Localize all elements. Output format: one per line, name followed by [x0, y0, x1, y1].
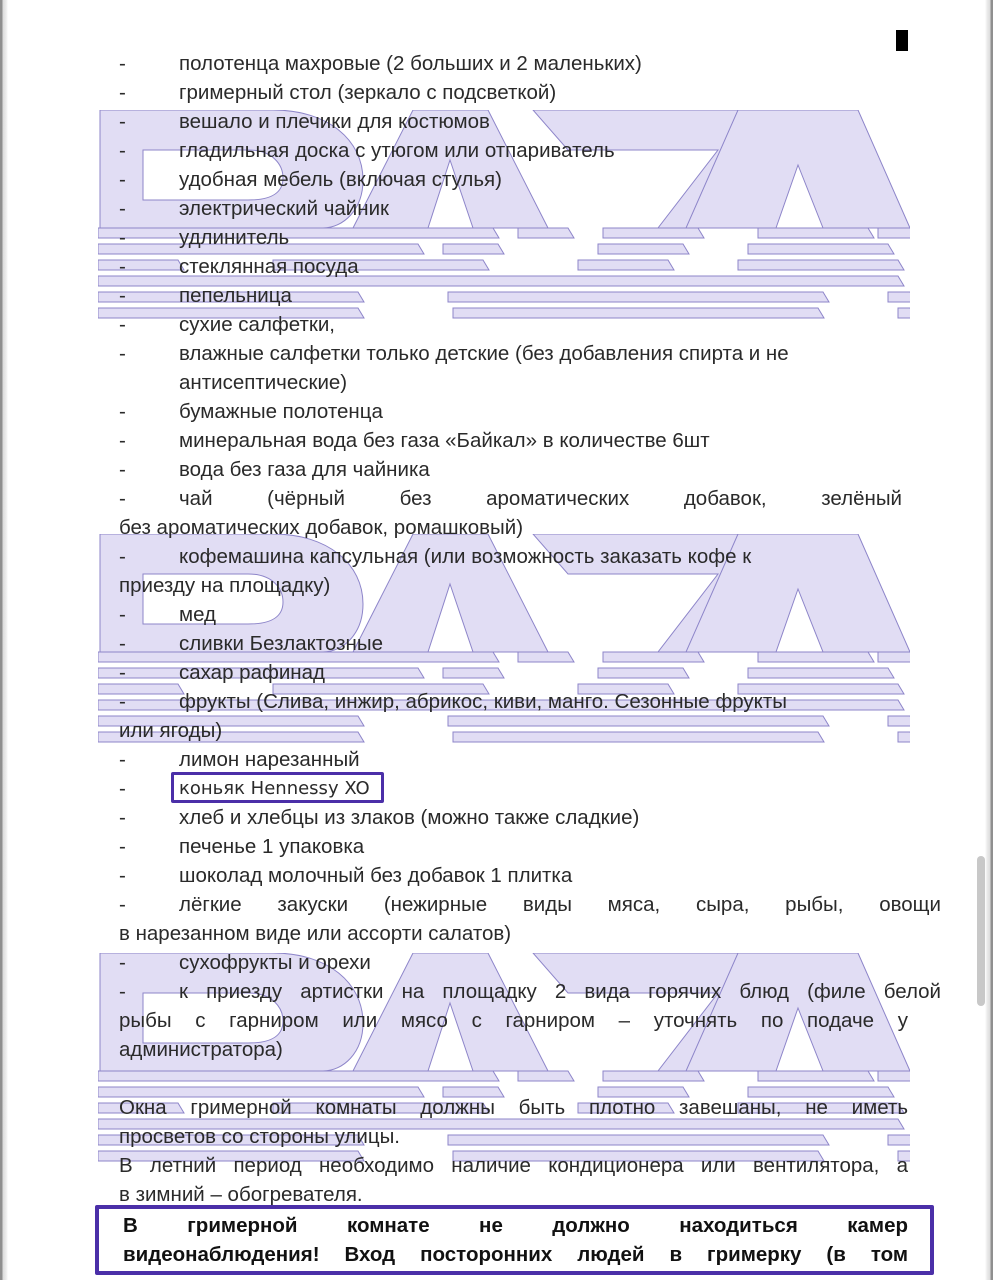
list-bullet: - — [119, 774, 139, 803]
list-item-text: приезду на площадку) — [119, 571, 330, 600]
list-item: -электрический чайник — [119, 194, 908, 223]
notice-line: В гримерной комнате не должно находиться… — [123, 1211, 908, 1240]
list-item: -стеклянная посуда — [119, 252, 908, 281]
list-item-text: лёгкие закуски (нежирные виды мяса, сыра… — [179, 890, 941, 919]
list-item: -печенье 1 упаковка — [119, 832, 908, 861]
list-item-text: электрический чайник — [179, 194, 389, 223]
list-bullet: - — [119, 455, 139, 484]
list-bullet: - — [119, 165, 139, 194]
paragraph-line: просветов со стороны улицы. — [119, 1122, 400, 1151]
list-bullet: - — [119, 78, 139, 107]
list-item-text: антисептические) — [179, 368, 347, 397]
list-item: -хлеб и хлебцы из злаков (можно также сл… — [119, 803, 908, 832]
list-item: -вешало и плечики для костюмов — [119, 107, 908, 136]
list-item-text: гримерный стол (зеркало с подсветкой) — [179, 78, 556, 107]
list-bullet: - — [119, 426, 139, 455]
list-item-continuation: или ягоды) — [119, 716, 908, 745]
list-bullet: - — [119, 542, 139, 571]
list-item: -чай (чёрный без ароматических добавок, … — [119, 484, 908, 513]
paragraph-line: В летний период необходимо наличие конди… — [119, 1151, 908, 1180]
list-bullet: - — [119, 281, 139, 310]
list-item-text: сахар рафинад — [179, 658, 325, 687]
list-item-text: или ягоды) — [119, 716, 222, 745]
list-bullet: - — [119, 339, 139, 368]
list-item-text: к приезду артистки на площадку 2 вида го… — [179, 977, 941, 1006]
list-item-text: лимон нарезанный — [179, 745, 360, 774]
list-item-text: кофемашина капсульная (или возможность з… — [179, 542, 751, 571]
list-bullet: - — [119, 600, 139, 629]
list-item: -удобная мебель (включая стулья) — [119, 165, 908, 194]
list-item-text: сухофрукты и орехи — [179, 948, 371, 977]
list-item: -сахар рафинад — [119, 658, 908, 687]
list-item-text: чай (чёрный без ароматических добавок, з… — [179, 484, 902, 513]
document-page: -полотенца махровые (2 больших и 2 мален… — [0, 0, 993, 1280]
list-item: -к приезду артистки на площадку 2 вида г… — [119, 977, 908, 1006]
list-item-continuation: антисептические) — [119, 368, 908, 397]
list-item: -лимон нарезанный — [119, 745, 908, 774]
list-item: -удлинитель — [119, 223, 908, 252]
list-item: -вода без газа для чайника — [119, 455, 908, 484]
list-item-text: без ароматических добавок, ромашковый) — [119, 513, 523, 542]
list-bullet: - — [119, 977, 139, 1006]
notice-line: видеонаблюдения! Вход посторонних людей … — [123, 1240, 908, 1269]
list-item-text: шоколад молочный без добавок 1 плитка — [179, 861, 572, 890]
list-bullet: - — [119, 223, 139, 252]
list-item-text: бумажные полотенца — [179, 397, 383, 426]
list-item-continuation: рыбы с гарниром или мясо с гарниром – ут… — [119, 1006, 908, 1035]
list-bullet: - — [119, 658, 139, 687]
list-item-text: вода без газа для чайника — [179, 455, 430, 484]
list-item-text: стеклянная посуда — [179, 252, 359, 281]
list-item: -гримерный стол (зеркало с подсветкой) — [119, 78, 908, 107]
list-bullet: - — [119, 687, 139, 716]
list-item-text: рыбы с гарниром или мясо с гарниром – ут… — [119, 1006, 908, 1035]
list-bullet: - — [119, 832, 139, 861]
list-bullet: - — [119, 49, 139, 78]
list-item: -сливки Безлактозные — [119, 629, 908, 658]
list-item: -влажные салфетки только детские (без до… — [119, 339, 908, 368]
list-item-text: минеральная вода без газа «Байкал» в кол… — [179, 426, 710, 455]
list-item: -сухофрукты и орехи — [119, 948, 908, 977]
list-bullet: - — [119, 629, 139, 658]
list-item: -пепельница — [119, 281, 908, 310]
list-bullet: - — [119, 107, 139, 136]
paragraph-windows-cont: просветов со стороны улицы. — [119, 1122, 908, 1151]
list-item: -мед — [119, 600, 908, 629]
list-item: -гладильная доска с утюгом или отпариват… — [119, 136, 908, 165]
list-bullet: - — [119, 745, 139, 774]
list-bullet: - — [119, 948, 139, 977]
list-item-continuation: администратора) — [119, 1035, 908, 1064]
list-item-text: в нарезанном виде или ассорти салатов) — [119, 919, 511, 948]
list-bullet: - — [119, 252, 139, 281]
list-item-continuation: без ароматических добавок, ромашковый) — [119, 513, 908, 542]
list-item: -шоколад молочный без добавок 1 плитка — [119, 861, 908, 890]
list-item-text: вешало и плечики для костюмов — [179, 107, 490, 136]
paragraph-climate: В летний период необходимо наличие конди… — [119, 1151, 908, 1180]
list-bullet: - — [119, 803, 139, 832]
list-item-continuation: в нарезанном виде или ассорти салатов) — [119, 919, 908, 948]
list-bullet: - — [119, 861, 139, 890]
list-item: -бумажные полотенца — [119, 397, 908, 426]
paragraph-line: Окна гримерной комнаты должны быть плотн… — [119, 1093, 908, 1122]
list-item-text: печенье 1 упаковка — [179, 832, 364, 861]
list-item-text: гладильная доска с утюгом или отпаривате… — [179, 136, 615, 165]
list-item-text: удлинитель — [179, 223, 289, 252]
paragraph-windows: Окна гримерной комнаты должны быть плотн… — [119, 1093, 908, 1122]
list-item-text: администратора) — [119, 1035, 283, 1064]
list-item: -минеральная вода без газа «Байкал» в ко… — [119, 426, 908, 455]
list-bullet: - — [119, 397, 139, 426]
list-bullet: - — [119, 310, 139, 339]
list-item-continuation: приезду на площадку) — [119, 571, 908, 600]
list-item-text: удобная мебель (включая стулья) — [179, 165, 502, 194]
no-cameras-notice: В гримерной комнате не должно находиться… — [95, 1205, 934, 1275]
list-item-text: пепельница — [179, 281, 292, 310]
list-bullet: - — [119, 484, 139, 513]
list-item: -кофемашина капсульная (или возможность … — [119, 542, 908, 571]
list-bullet: - — [119, 194, 139, 223]
list-bullet: - — [119, 890, 139, 919]
list-item-text: влажные салфетки только детские (без доб… — [179, 339, 789, 368]
list-item-text: хлеб и хлебцы из злаков (можно также сла… — [179, 803, 639, 832]
list-item-text: фрукты (Слива, инжир, абрикос, киви, ман… — [179, 687, 787, 716]
list-item-text: сливки Безлактозные — [179, 629, 383, 658]
list-item: -сухие салфетки, — [119, 310, 908, 339]
list-item: -фрукты (Слива, инжир, абрикос, киви, ма… — [119, 687, 908, 716]
list-item: -лёгкие закуски (нежирные виды мяса, сыр… — [119, 890, 908, 919]
list-item-text: сухие салфетки, — [179, 310, 335, 339]
list-item: -полотенца махровые (2 больших и 2 мален… — [119, 49, 908, 78]
list-bullet: - — [119, 136, 139, 165]
highlight-box-hennessy — [171, 772, 384, 803]
list-item-text: полотенца махровые (2 больших и 2 малень… — [179, 49, 642, 78]
list-item-text: мед — [179, 600, 216, 629]
